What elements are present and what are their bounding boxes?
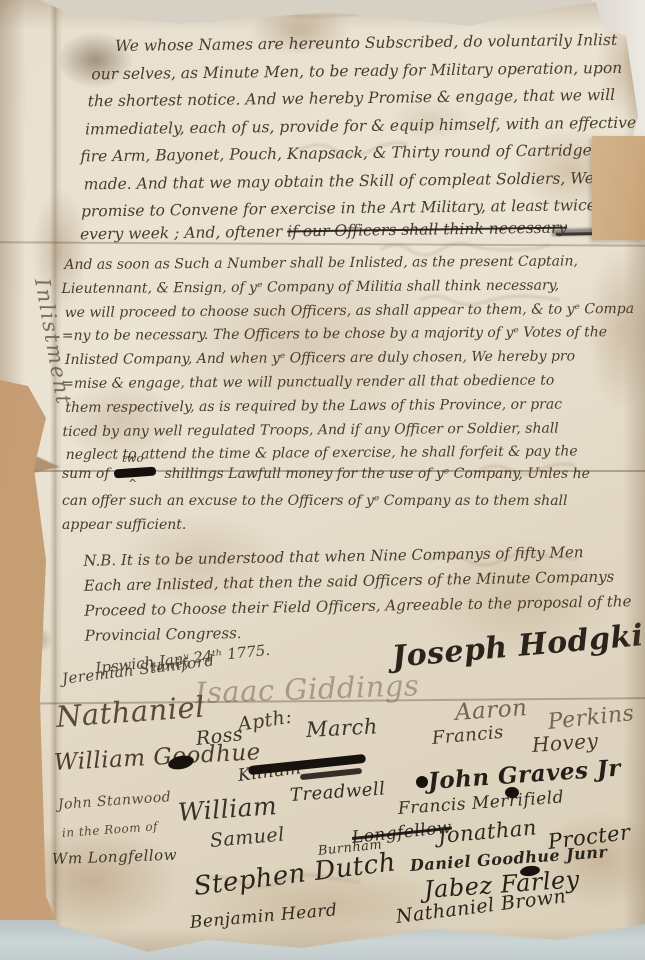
paragraph-enlistment-pledge: We whose Names are hereunto Subscribed, …	[79, 27, 645, 226]
signature: Francis	[431, 722, 505, 749]
signature: Stephen Dutch	[192, 847, 397, 902]
ink-blot	[416, 776, 428, 788]
signature: Hovey	[531, 728, 599, 757]
signature: Treadwell	[289, 778, 386, 806]
document-photo: Inlistment Jr We whose Names are hereunt…	[0, 0, 645, 960]
signature: Samuel	[209, 824, 286, 852]
paragraph-officers-end: can offer such an excuse to the Officers…	[62, 490, 568, 538]
signature: John Graves Jr	[427, 755, 622, 795]
signature: John Stanwood	[57, 789, 171, 813]
signature: William	[177, 791, 278, 827]
signature: Jonathan	[437, 815, 538, 848]
manuscript-line: can offer such an excuse to the Officers…	[62, 490, 568, 514]
signature: Benjamin Heard	[189, 900, 338, 933]
signature: in the Room of	[62, 819, 159, 840]
blotted-word: two^	[114, 466, 160, 478]
inserted-word: two	[122, 451, 143, 465]
signature: Nathaniel	[55, 690, 206, 734]
forfeit-post-text: shillings Lawfull money for the use of y…	[160, 466, 590, 482]
insertion-caret: ^	[128, 477, 137, 490]
repair-patch	[592, 136, 645, 240]
manuscript-line: neglect to attend the time & place of ex…	[66, 440, 636, 468]
signature: Wm Longfellow	[52, 846, 178, 868]
signature: March	[305, 714, 378, 742]
tail-plain-text: every week ; And, oftener	[80, 223, 287, 244]
manuscript-paper: Inlistment Jr We whose Names are hereunt…	[0, 0, 645, 960]
signature: Isaac Giddings	[194, 668, 419, 710]
signature: William Goodhue	[53, 739, 261, 776]
manuscript-line: appear sufficient.	[62, 514, 568, 538]
signature: Aaron	[454, 695, 528, 726]
signature: Apth:	[236, 706, 293, 736]
manuscript-line-forfeit: sum of two^ shillings Lawfull money for …	[62, 466, 590, 482]
forfeit-pre-text: sum of	[62, 466, 114, 482]
paragraph-officers: And as soon as Such a Number shall be In…	[61, 250, 635, 468]
signature: Francis Merrifield	[397, 787, 564, 819]
ink-blot	[505, 787, 519, 798]
ink-strike-smear-2	[300, 768, 362, 780]
struck-text: if our Officers shall think necessary	[287, 219, 567, 241]
